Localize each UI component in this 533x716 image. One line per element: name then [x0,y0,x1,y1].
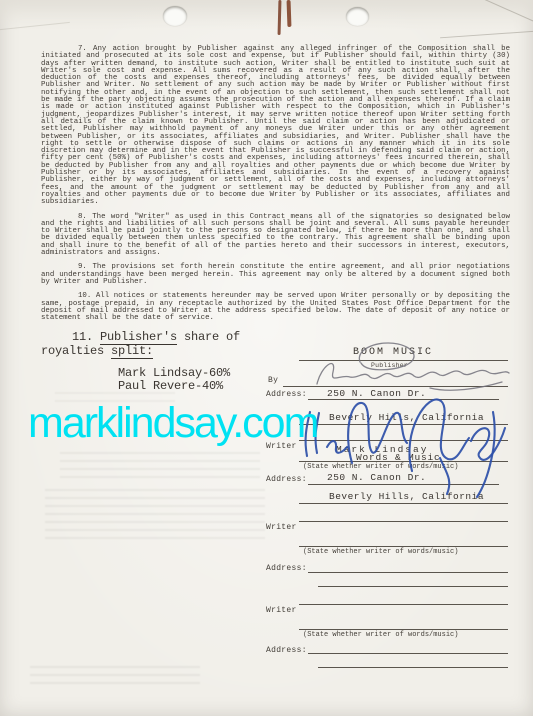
underlined-publishers: Publisher's [100,330,177,345]
publisher-name-typed: BOOM MUSIC [353,347,433,358]
punch-hole-right [346,7,369,26]
publisher-address-1: 250 N. Canon Dr. [327,388,426,399]
contract-body: 7. Any action brought by Publisher again… [41,46,510,329]
contract-paragraph-9: 9. The provisions set forth herein const… [41,264,510,286]
address-label: Address: [266,646,307,655]
address-line [308,484,499,485]
punch-hole-left [163,6,187,26]
paper-crease [440,31,533,39]
watermark-text: marklindsay.com [28,402,317,445]
writer-signature-line [299,440,508,441]
address-label: Address: [266,475,307,484]
writer1-address-1: 250 N. Canon Dr. [327,472,426,483]
royalty-split-heading-line1: 11. Publisher's share of [41,330,281,344]
address-line [308,399,499,400]
heading-pre: royalties [41,344,111,358]
writer-signature-ink [471,428,505,460]
signature-line [299,360,508,361]
publisher-address-2: Beverly Hills, California [329,412,484,423]
contribution-hint: (State whether writer of words/music) [303,548,458,556]
address-line [299,503,508,504]
contract-paragraph-8: 8. The word "Writer" as used in this Con… [41,214,510,258]
bleed-through-text [30,662,200,684]
writer-label: Writer [266,606,297,615]
contract-scan-page: 7. Any action brought by Publisher again… [0,0,533,716]
writer-signature-line [299,604,508,605]
address-label: Address: [266,390,307,399]
heading-rest: share of [177,330,240,344]
address-line [299,424,508,425]
contribution-hint: (State whether writer of words/music) [303,463,458,471]
publisher-signature-ink [317,364,509,384]
address-line [318,667,508,668]
royalty-split-section: 11. Publisher's share of royalties split… [41,330,281,393]
writer1-address-2: Beverly Hills, California [329,491,484,502]
bleed-through-text [60,448,260,478]
writer-signature-line [299,521,508,522]
contract-paragraph-10: 10. All notices or statements hereunder … [41,293,510,322]
bleed-through-text [45,485,265,540]
contribution-line [299,461,508,462]
contribution-line [299,546,508,547]
scan-top-edge [0,0,533,30]
address-line [308,572,508,573]
contribution-hint: (State whether writer of words/music) [303,631,458,639]
address-line [308,653,508,654]
publisher-line-label: Publisher [371,362,408,369]
writer-label: Writer [266,523,297,532]
clause-number: 11. [72,330,100,344]
by-label: By [268,376,278,385]
share-paul-revere: Paul Revere-40% [118,380,281,393]
royalty-split-heading-line2: royalties split: [41,344,281,358]
address-label: Address: [266,564,307,573]
by-signature-line [283,386,508,387]
underlined-split: split: [111,344,153,359]
royalty-shares: Mark Lindsay-60% Paul Revere-40% [41,367,281,393]
contract-paragraph-7: 7. Any action brought by Publisher again… [41,46,510,207]
contribution-line [299,629,508,630]
address-line [318,586,508,587]
